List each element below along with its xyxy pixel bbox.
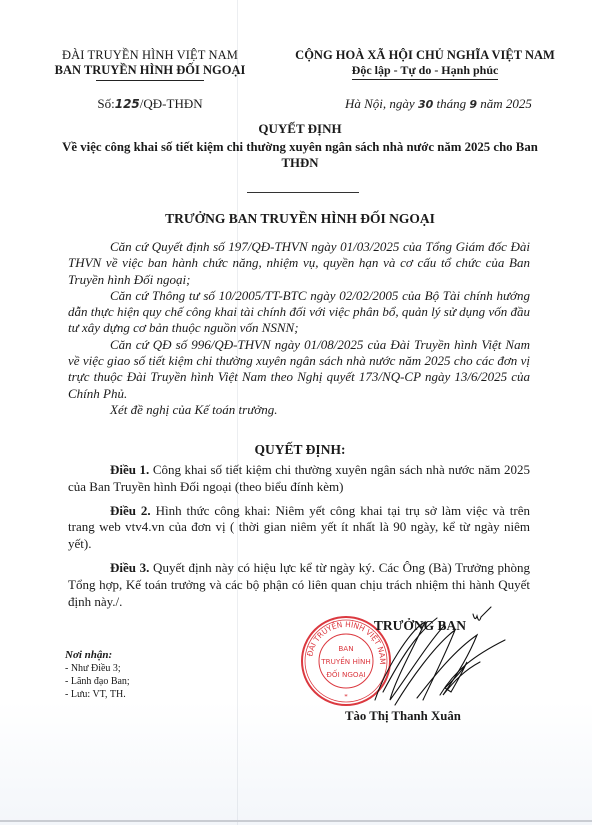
date-year: năm 2025 xyxy=(480,96,532,111)
document-title: QUYẾT ĐỊNH xyxy=(40,121,560,137)
article-label: Điều 2. xyxy=(110,503,151,518)
document-subject: Về việc công khai số tiết kiệm chi thườn… xyxy=(50,139,550,171)
signer-name: Tào Thị Thanh Xuân xyxy=(345,709,525,724)
date-day-handwritten: 30 xyxy=(418,98,433,111)
issuing-unit: BAN TRUYỀN HÌNH ĐỐI NGOẠI xyxy=(30,63,270,78)
recipient-item: - Như Điều 3; xyxy=(65,662,245,675)
header-underline xyxy=(96,80,204,81)
recipient-item: - Lãnh đạo Ban; xyxy=(65,675,245,688)
date-prefix: Hà Nội, ngày xyxy=(345,96,415,111)
date-month-handwritten: 9 xyxy=(469,98,477,111)
article-2: Điều 2. Hình thức công khai: Niêm yết cô… xyxy=(68,503,530,553)
document-number: Số:125/QĐ-THĐN xyxy=(30,96,270,112)
article-label: Điều 1. xyxy=(110,462,149,477)
parent-organization: ĐÀI TRUYỀN HÌNH VIỆT NAM xyxy=(30,48,270,63)
national-header: CỘNG HOÀ XÃ HỘI CHỦ NGHĨA VIỆT NAM Độc l… xyxy=(270,48,580,80)
articles: Điều 1. Công khai số tiết kiệm chi thườn… xyxy=(68,462,530,617)
doc-number-prefix: Số: xyxy=(97,96,114,111)
legal-basis-item: Căn cứ Thông tư số 10/2005/TT-BTC ngày 0… xyxy=(68,288,530,337)
page-bottom-edge xyxy=(0,820,592,822)
legal-basis-item: Căn cứ Quyết định số 197/QĐ-THVN ngày 01… xyxy=(68,239,530,288)
article-label: Điều 3. xyxy=(110,560,149,575)
date-month-label: tháng xyxy=(437,96,467,111)
svg-text:BAN: BAN xyxy=(338,644,353,653)
issuing-agency-header: ĐÀI TRUYỀN HÌNH VIỆT NAM BAN TRUYỀN HÌNH… xyxy=(30,48,270,81)
legal-basis: Căn cứ Quyết định số 197/QĐ-THVN ngày 01… xyxy=(68,239,530,418)
doc-number-suffix: /QĐ-THĐN xyxy=(140,96,203,111)
handwritten-signature-icon xyxy=(355,600,515,710)
title-divider xyxy=(247,192,359,193)
signing-authority: TRƯỞNG BAN TRUYỀN HÌNH ĐỐI NGOẠI xyxy=(40,211,560,227)
recipient-item: - Lưu: VT, TH. xyxy=(65,688,245,701)
article-1: Điều 1. Công khai số tiết kiệm chi thườn… xyxy=(68,462,530,496)
legal-basis-item: Xét đề nghị của Kế toán trưởng. xyxy=(68,402,530,418)
national-motto: Độc lập - Tự do - Hạnh phúc xyxy=(352,63,499,80)
svg-text:*: * xyxy=(344,693,348,701)
document-page: ĐÀI TRUYỀN HÌNH VIỆT NAM BAN TRUYỀN HÌNH… xyxy=(0,0,592,825)
place-date-line: Hà Nội, ngày 30 tháng 9 năm 2025 xyxy=(345,96,585,112)
decision-heading: QUYẾT ĐỊNH: xyxy=(40,442,560,458)
legal-basis-item: Căn cứ QĐ số 996/QĐ-THVN ngày 01/08/2025… xyxy=(68,337,530,402)
recipients-block: Nơi nhận: - Như Điều 3; - Lãnh đạo Ban; … xyxy=(65,649,245,701)
doc-number-handwritten: 125 xyxy=(115,97,140,111)
recipients-heading: Nơi nhận: xyxy=(65,649,245,662)
country-name: CỘNG HOÀ XÃ HỘI CHỦ NGHĨA VIỆT NAM xyxy=(270,48,580,63)
